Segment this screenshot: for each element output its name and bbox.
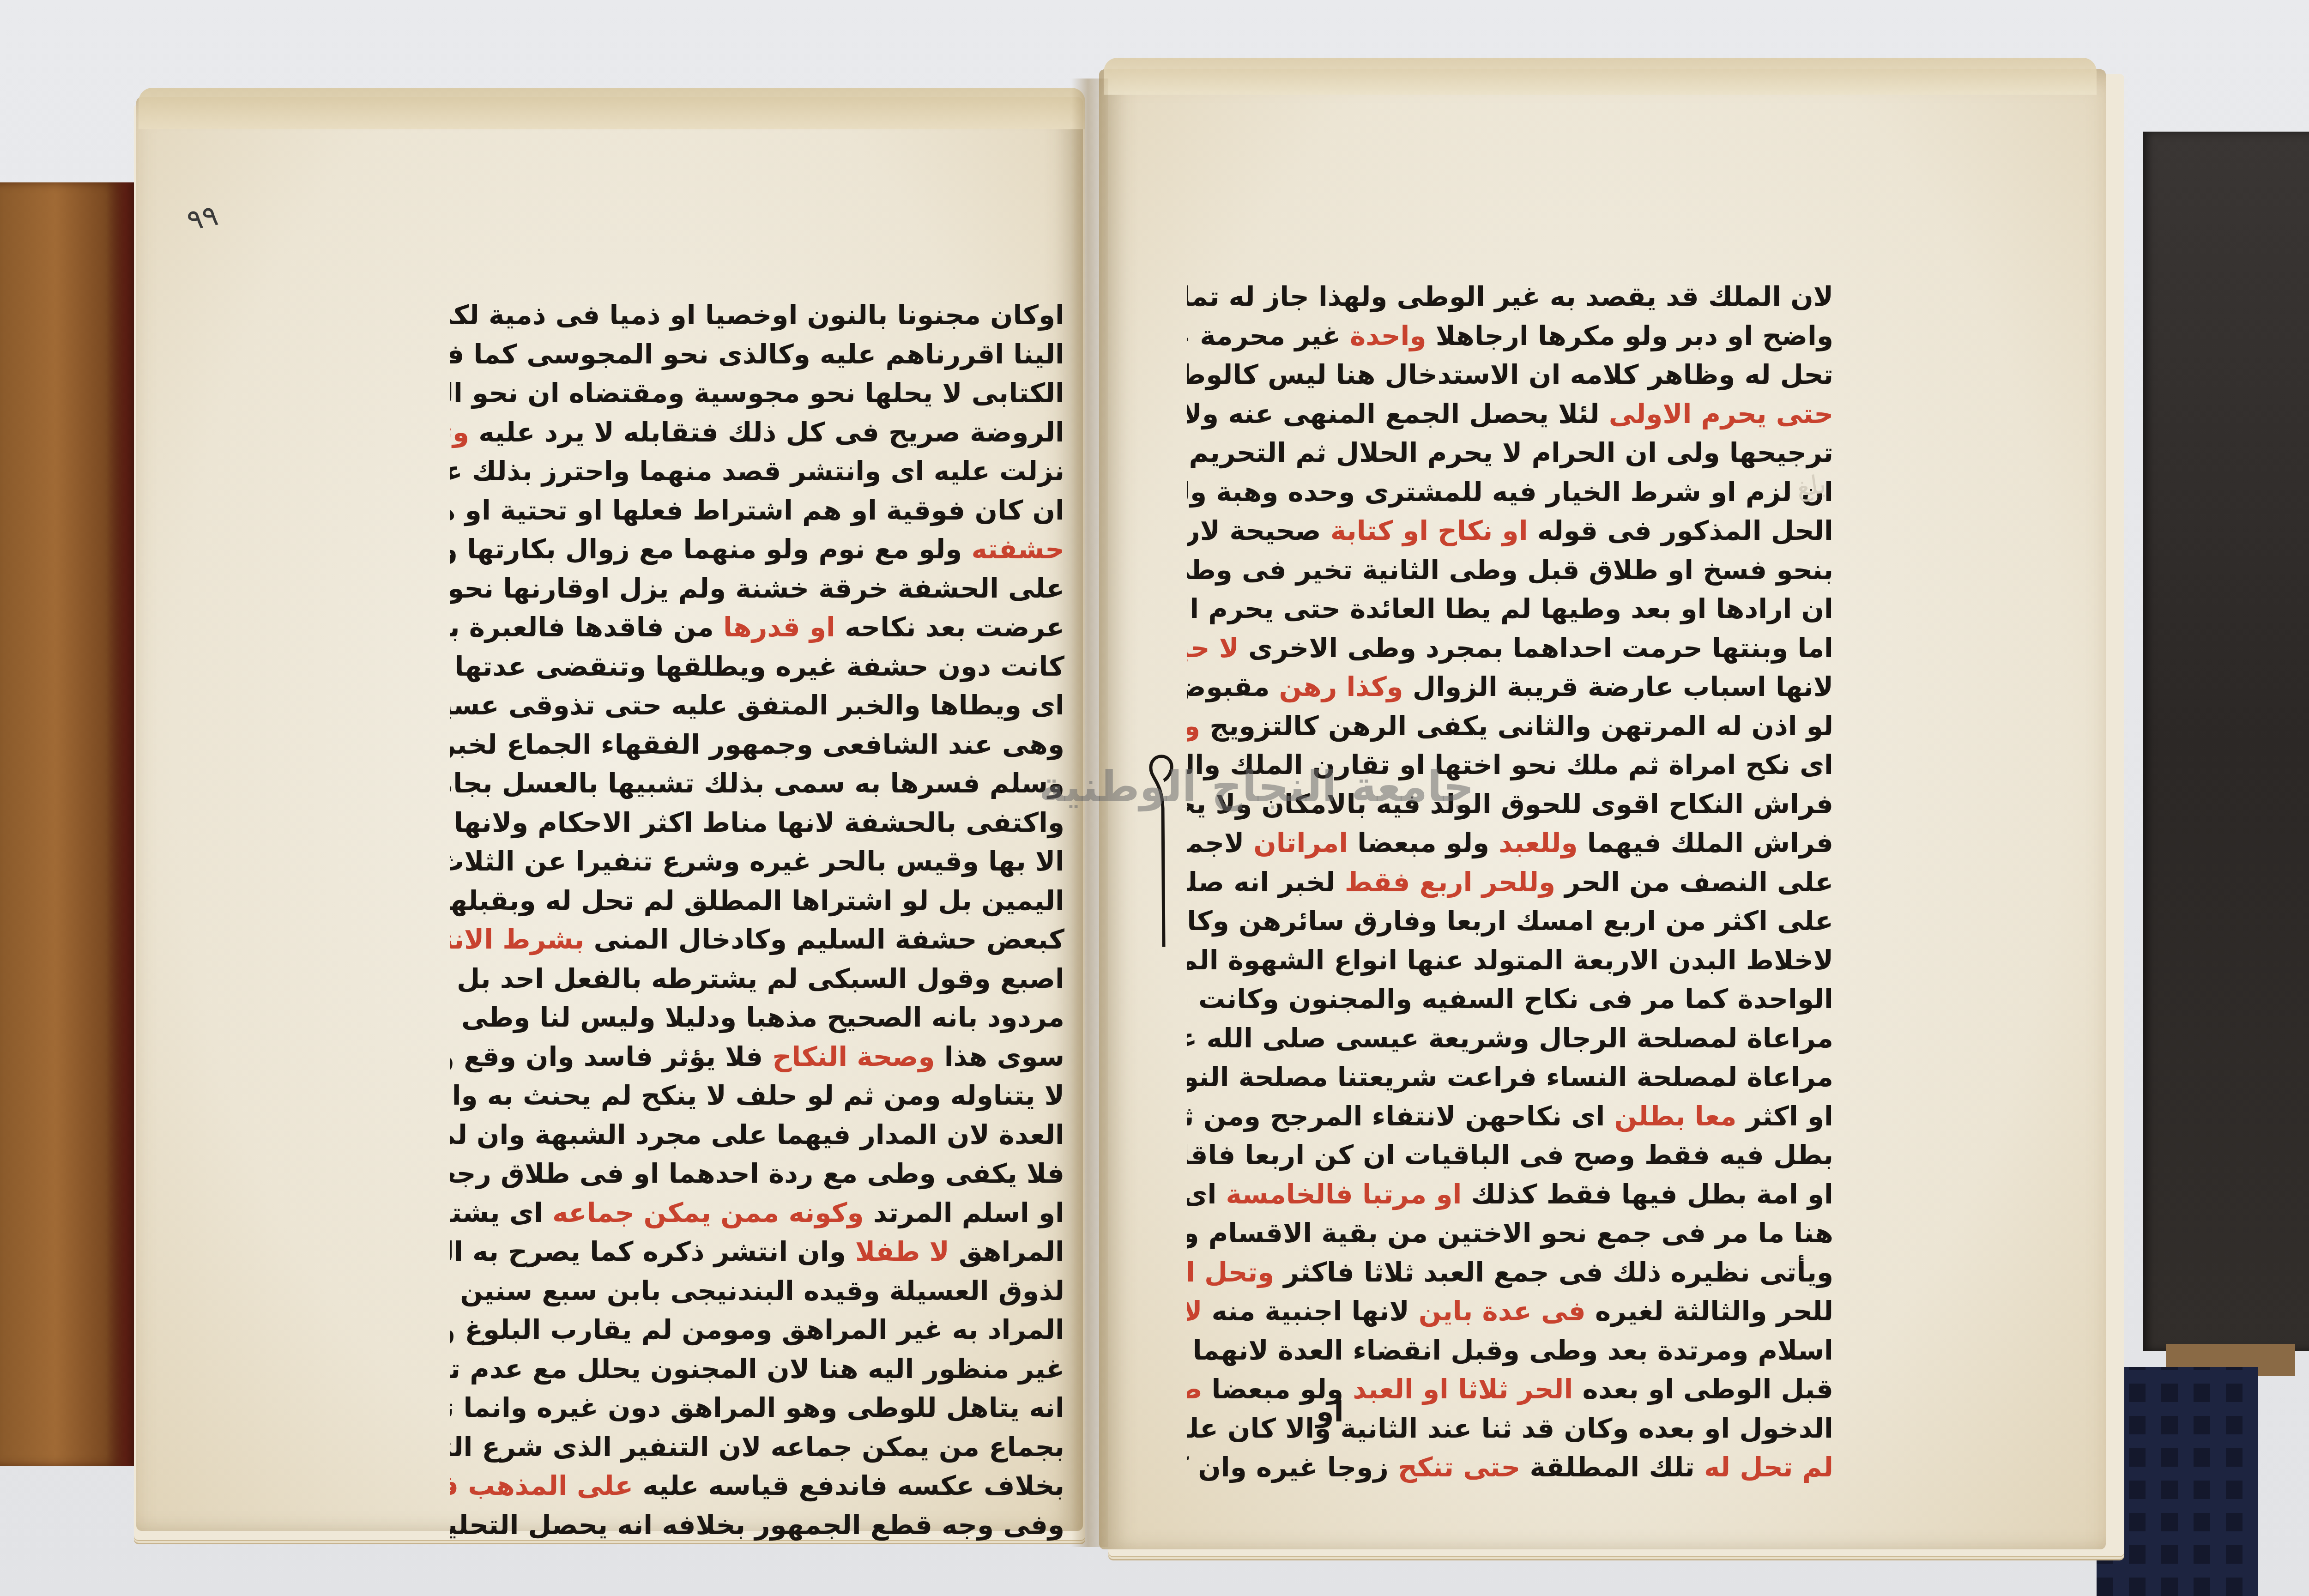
text-line: لو اذن له المرتهن والثانى يكفى الرهن كال… bbox=[1187, 707, 1833, 746]
text-line: مردود بانه الصحيح مذهبا ودليلا وليس لنا … bbox=[450, 998, 1064, 1037]
text-segment: غير محرمة عليه بنحو رضاع وان ظنها bbox=[1187, 320, 1350, 351]
text-segment: الا بها وقيس بالحر غيره وشرع تنفيرا عن ا… bbox=[450, 846, 1064, 877]
text-segment: تلك المطلقة bbox=[1520, 1451, 1704, 1483]
text-line: فراش الملك فيهما وللعبد ولو مبعضا امراتا… bbox=[1187, 823, 1833, 863]
text-segment: بجماع من يمكن جماعه لان التنفير الذى شرع… bbox=[450, 1431, 1064, 1463]
text-line: واكتفى بالحشفة لانها مناط اكثر الاحكام و… bbox=[450, 803, 1064, 842]
right-page-torn-edge bbox=[1104, 58, 2097, 95]
text-line: واضح او دبر ولو مكرها ارجاهلا واحدة غير … bbox=[1187, 316, 1833, 356]
text-line: الواحدة كما مر فى نكاح السفيه والمجنون و… bbox=[1187, 979, 1833, 1019]
text-segment: لاخلاط البدن الاربعة المتولد عنها انواع … bbox=[1187, 944, 1833, 976]
text-segment: المراد به غير المراهق ومومن لم يقارب الب… bbox=[450, 1314, 1064, 1345]
text-line: ترجيحها ولى ان الحرام لا يحرم الحلال ثم … bbox=[1187, 433, 1833, 472]
text-segment: وهى عند الشافعى وجمهور الفقهاء الجماع لخ… bbox=[450, 729, 1064, 760]
text-segment: الدخول او بعده وكان قد ثنا عند الثانية و… bbox=[1187, 1413, 1833, 1444]
text-line: عرضت بعد نكاحه او قدرها من فاقدها فالعبر… bbox=[450, 608, 1064, 647]
text-segment: فلا يؤثر فاسد وان وقع وطى فيه لان النكاح… bbox=[450, 1041, 773, 1072]
text-segment: فلا يكفى وطى مع ردة احدهما او فى طلاق رج… bbox=[450, 1158, 1064, 1189]
text-segment: لاجماع الصحابة عليه ولانه bbox=[1187, 827, 1253, 858]
text-segment: لئلا يحصل الجمع المنهى عنه ولا يؤثر وطوه… bbox=[1187, 398, 1609, 429]
text-segment: وسلم فسرها به سمى بذلك تشبيها بالعسل بجا… bbox=[450, 768, 1064, 799]
leather-cover-left bbox=[0, 182, 139, 1466]
text-line: على النصف من الحر وللحر اربع فقط لخبر ان… bbox=[1187, 863, 1833, 902]
text-segment: لانها اجنبية منه bbox=[1202, 1295, 1418, 1327]
margin-collation-note: بلغ bbox=[1795, 469, 1828, 503]
text-segment: ترجيحها ولى ان الحرام لا يحرم الحلال ثم … bbox=[1187, 437, 1833, 468]
text-line: الكتابى لا يحلها نحو مجوسية ومقتضاه ان ن… bbox=[450, 374, 1064, 413]
text-segment: وان انتشر ذكره كما يصرح به المتن وغيره ل… bbox=[450, 1236, 855, 1267]
rubric-segment: وصحة النكاح bbox=[773, 1041, 935, 1072]
text-segment: غير منظور اليه هنا لان المجنون يحلل مع ع… bbox=[450, 1353, 1064, 1384]
text-segment: من فاقدها فالعبرة بقدر حشفته التى bbox=[450, 611, 723, 643]
text-segment: او اسلم المرتد bbox=[864, 1197, 1065, 1228]
text-segment: المراهق bbox=[949, 1236, 1064, 1267]
text-segment: على الحشفة خرقة خشنة ولم يزل اوقارنها نح… bbox=[450, 573, 1064, 604]
text-segment: لا يتناوله ومن ثم لو حلف لا ينكح لم يحنث… bbox=[450, 1080, 1064, 1111]
text-line: بخلاف عكسه فاندفع قياسه عليه على المذهب … bbox=[450, 1466, 1064, 1505]
rubric-segment: وللحر اربع فقط bbox=[1345, 866, 1555, 898]
text-segment: للحر والثالثة لغيره bbox=[1586, 1295, 1833, 1327]
text-segment: الينا اقررناهم عليه وكالذى نحو المجوسى ك… bbox=[450, 339, 1064, 370]
text-segment: ولو مع نوم ولو منهما مع زوال بكارتها ولو… bbox=[450, 533, 972, 565]
text-segment: ان لزم او شرط الخيار فيه للمشترى وحده وه… bbox=[1187, 476, 1833, 508]
text-segment: مراعاة لمصلحة النساء فراعت شريعتنا مصلحة… bbox=[1187, 1061, 1833, 1093]
text-line: وهى عند الشافعى وجمهور الفقهاء الجماع لخ… bbox=[450, 725, 1064, 764]
text-line: وسلم فسرها به سمى بذلك تشبيها بالعسل بجا… bbox=[450, 764, 1064, 803]
text-segment: كبعض حشفة السليم وكادخال المنى bbox=[584, 924, 1064, 955]
text-line: اليمين بل لو اشتراها المطلق لم تحل له وب… bbox=[450, 881, 1064, 920]
rubric-segment: لم تحل له bbox=[1704, 1451, 1833, 1483]
rubric-segment: او نكاح او كتابة bbox=[1330, 515, 1528, 546]
rubric-segment: وكونه ممن يمكن جماعه bbox=[552, 1197, 864, 1228]
text-line: حتى يحرم الاولى لئلا يحصل الجمع المنهى ع… bbox=[1187, 394, 1833, 434]
rubric-segment: طلقتين bbox=[1187, 1373, 1202, 1405]
rubric-segment: او مرتبا فالخامسة bbox=[1226, 1179, 1462, 1210]
text-line: قبل الوطى او بعده الحر ثلاثا او العبد ول… bbox=[1187, 1370, 1833, 1409]
text-segment: انه يتاهل للوطى وهو المراهق دون غيره وان… bbox=[450, 1392, 1064, 1423]
text-segment: الحل المذكور فى قوله bbox=[1528, 515, 1833, 546]
text-line: بنحو فسخ او طلاق قبل وطى الثانية تخير فى… bbox=[1187, 550, 1833, 590]
text-segment: بنحو فسخ او طلاق قبل وطى الثانية تخير فى… bbox=[1187, 554, 1833, 586]
book-gutter bbox=[1071, 79, 1108, 1547]
text-line: المراد به غير المراهق ومومن لم يقارب الب… bbox=[450, 1310, 1064, 1349]
text-line: غير منظور اليه هنا لان المجنون يحلل مع ع… bbox=[450, 1349, 1064, 1389]
rubric-segment: لا طفلا bbox=[855, 1236, 949, 1267]
text-line: اسلام ومرتدة بعد وطى وقبل انقضاء العدة ل… bbox=[1187, 1331, 1833, 1370]
text-segment: مقبوض bbox=[1187, 671, 1279, 702]
rubric-segment: امراتان bbox=[1253, 827, 1348, 858]
text-segment: لخبر انه صلى الله عليه وسلم قال لمن اسلم bbox=[1187, 866, 1345, 898]
catchword: او bbox=[1316, 1395, 1344, 1428]
text-segment: وفى وجه قطع الجمهور بخلافه انه يحصل التح… bbox=[450, 1509, 1064, 1541]
text-line: للحر والثالثة لغيره فى عدة باين لانها اج… bbox=[1187, 1292, 1833, 1331]
text-segment: لان الملك قد يقصد به غير الوطى ولهذا جاز… bbox=[1187, 281, 1833, 312]
rubric-segment: فى عدة باين bbox=[1419, 1295, 1586, 1327]
rubric-segment: بشرط الانتشار bbox=[450, 924, 584, 955]
text-line: لا يتناوله ومن ثم لو حلف لا ينكح لم يحنث… bbox=[450, 1076, 1064, 1115]
rubric-segment: ولو ملكها ثم نكح اختها الحرة او عكس bbox=[1187, 710, 1200, 742]
text-line: ويأتى نظيره ذلك فى جمع العبد ثلاثا فاكثر… bbox=[1187, 1253, 1833, 1292]
text-segment: مراعاة لمصلحة الرجال وشريعة عيسى صلى الل… bbox=[1187, 1022, 1833, 1054]
rubric-segment: او قدرها bbox=[723, 611, 835, 643]
rubric-segment: حشفته bbox=[972, 533, 1064, 565]
text-segment: اسلام ومرتدة بعد وطى وقبل انقضاء العدة ل… bbox=[1187, 1335, 1833, 1366]
text-segment: صحيحة لارتفاع الحل فان عاد حل الاولى bbox=[1187, 515, 1330, 546]
text-line: على الحشفة خرقة خشنة ولم يزل اوقارنها نح… bbox=[450, 569, 1064, 608]
rubric-segment: على المذهب فيهن bbox=[450, 1470, 633, 1501]
text-segment: واضح او دبر ولو مكرها ارجاهلا bbox=[1427, 320, 1834, 351]
text-segment: بخلاف عكسه فاندفع قياسه عليه bbox=[633, 1470, 1064, 1501]
left-page-text: اوكان مجنونا بالنون اوخصيا او ذميا فى ذم… bbox=[450, 296, 1064, 1544]
rubric-segment: حتى تنكح bbox=[1398, 1451, 1520, 1483]
text-line: او اسلم المرتد وكونه ممن يمكن جماعه اى ي… bbox=[450, 1193, 1064, 1233]
text-line: لانها اسباب عارضة قريبة الزوال وكذا رهن … bbox=[1187, 667, 1833, 707]
text-segment: ويأتى نظيره ذلك فى جمع العبد ثلاثا فاكثر bbox=[1274, 1257, 1833, 1288]
text-segment: فراش الملك فيهما bbox=[1578, 827, 1833, 858]
text-segment: اى التى يبطل فيها ويأتى bbox=[1187, 1179, 1226, 1210]
text-line: فلا يكفى وطى مع ردة احدهما او فى طلاق رج… bbox=[450, 1154, 1064, 1193]
text-segment: قبل الوطى او بعده bbox=[1573, 1373, 1833, 1405]
text-segment: او امة بطل فيها فقط كذلك bbox=[1462, 1179, 1833, 1210]
text-segment: على اكثر من اربع امسك اربعا وفارق سائرهن… bbox=[1187, 905, 1833, 937]
text-segment: هنا ما مر فى جمع نحو الاختين من بقية الا… bbox=[1187, 1217, 1833, 1249]
text-segment: الروضة صريح فى كل ذلك فتقابله لا يرد علي… bbox=[469, 417, 1064, 448]
text-line: سوى هذا وصحة النكاح فلا يؤثر فاسد وان وق… bbox=[450, 1037, 1064, 1076]
rubric-segment: وكذا رهن bbox=[1279, 671, 1403, 702]
text-line: لان الملك قد يقصد به غير الوطى ولهذا جاز… bbox=[1187, 277, 1833, 316]
text-segment: اما وبنتها حرمت احداهما بمجرد وطى الاخرى bbox=[1239, 632, 1833, 664]
text-segment: العدة لان المدار فيهما على مجرد الشبهة و… bbox=[450, 1119, 1064, 1150]
text-line: العدة لان المدار فيهما على مجرد الشبهة و… bbox=[450, 1115, 1064, 1155]
text-line: الحل المذكور فى قوله او نكاح او كتابة صح… bbox=[1187, 511, 1833, 550]
text-segment: اى يشتهى اليه منه عادة لما ياتى فى غير bbox=[450, 1197, 552, 1228]
left-page-torn-edge bbox=[139, 88, 1085, 129]
rubric-segment: معا بطلن bbox=[1614, 1100, 1737, 1132]
text-line: انه يتاهل للوطى وهو المراهق دون غيره وان… bbox=[450, 1388, 1064, 1427]
text-segment: سوى هذا bbox=[935, 1041, 1064, 1072]
text-line: اى ويطاها والخبر المتفق عليه حتى تذوقى ع… bbox=[450, 686, 1064, 725]
text-line: الا بها وقيس بالحر غيره وشرع تنفيرا عن ا… bbox=[450, 842, 1064, 881]
rubric-segment: وللعبد bbox=[1499, 827, 1578, 858]
text-line: اوكان مجنونا بالنون اوخصيا او ذميا فى ذم… bbox=[450, 296, 1064, 335]
rubric-segment: لا حيض واحرام bbox=[1187, 632, 1239, 664]
text-segment: ان كان فوقية او هم اشتراط فعلها او تحتية… bbox=[450, 495, 1064, 526]
text-segment: بطل فيه فقط وصح فى الباقيات ان كن اربعا … bbox=[1187, 1139, 1833, 1171]
text-segment: مردود بانه الصحيح مذهبا ودليلا وليس لنا … bbox=[450, 1002, 1064, 1033]
text-line: بجماع من يمكن جماعه لان التنفير الذى شرع… bbox=[450, 1427, 1064, 1467]
text-segment: على النصف من الحر bbox=[1555, 866, 1833, 898]
rubric-segment: لا رجعية bbox=[1187, 1295, 1202, 1327]
text-line: لذوق العسيلة وقيده البندنيجى بابن سبع سن… bbox=[450, 1271, 1064, 1311]
text-segment: تحل له وظاهر كلامه ان الاستدخال هنا ليس … bbox=[1187, 359, 1833, 390]
text-line: وفى وجه قطع الجمهور بخلافه انه يحصل التح… bbox=[450, 1505, 1064, 1545]
text-segment: زوجا غيره وان كان صبيا حرا عاقلا او عبدا… bbox=[1187, 1451, 1398, 1483]
rubric-segment: وتحل الاخت bbox=[1187, 1257, 1274, 1288]
text-segment: الكتابى لا يحلها نحو مجوسية ومقتضاه ان ن… bbox=[450, 377, 1064, 409]
watermark: جامعة النجاح الوطنية bbox=[1039, 762, 1474, 811]
text-segment: اصبع وقول السبكى لم يشترطه بالفعل احد بل… bbox=[450, 963, 1064, 994]
text-line: او امة بطل فيها فقط كذلك او مرتبا فالخام… bbox=[1187, 1175, 1833, 1214]
text-segment: اليمين بل لو اشتراها المطلق لم تحل له وب… bbox=[450, 885, 1064, 916]
text-segment: واكتفى بالحشفة لانها مناط اكثر الاحكام و… bbox=[450, 807, 1064, 838]
text-segment: الواحدة كما مر فى نكاح السفيه والمجنون و… bbox=[1187, 983, 1833, 1015]
rubric-segment: الحر ثلاثا او العبد bbox=[1353, 1373, 1573, 1405]
text-segment: كانت دون حشفة غيره ويطلقها وتنقضى عدتها … bbox=[450, 651, 1064, 682]
text-line: اما وبنتها حرمت احداهما بمجرد وطى الاخرى… bbox=[1187, 629, 1833, 668]
dark-board-right bbox=[2143, 132, 2309, 1351]
text-line: نزلت عليه اى وانتشر قصد منهما واحترز بذل… bbox=[450, 452, 1064, 491]
text-segment: لانها اسباب عارضة قريبة الزوال bbox=[1403, 671, 1833, 702]
text-segment: لذوق العسيلة وقيده البندنيجى بابن سبع سن… bbox=[450, 1275, 1064, 1306]
text-segment: نزلت عليه اى وانتشر قصد منهما واحترز بذل… bbox=[450, 455, 1064, 487]
text-segment: اوكان مجنونا بالنون اوخصيا او ذميا فى ذم… bbox=[450, 299, 1064, 331]
text-line: كبعض حشفة السليم وكادخال المنى بشرط الان… bbox=[450, 920, 1064, 959]
text-line: الينا اقررناهم عليه وكالذى نحو المجوسى ك… bbox=[450, 335, 1064, 374]
text-line: او اكثر معا بطلن اى نكاحهن لانتفاء المرج… bbox=[1187, 1097, 1833, 1136]
text-line: ان لزم او شرط الخيار فيه للمشترى وحده وه… bbox=[1187, 472, 1833, 512]
rubric-segment: وتغيب bbox=[450, 417, 469, 448]
text-line: الدخول او بعده وكان قد ثنا عند الثانية و… bbox=[1187, 1409, 1833, 1448]
right-page-text: لان الملك قد يقصد به غير الوطى ولهذا جاز… bbox=[1187, 277, 1833, 1487]
text-line: اصبع وقول السبكى لم يشترطه بالفعل احد بل… bbox=[450, 959, 1064, 998]
text-line: تحل له وظاهر كلامه ان الاستدخال هنا ليس … bbox=[1187, 355, 1833, 394]
text-line: هنا ما مر فى جمع نحو الاختين من بقية الا… bbox=[1187, 1214, 1833, 1253]
text-segment: عرضت بعد نكاحه bbox=[835, 611, 1064, 643]
text-line: كانت دون حشفة غيره ويطلقها وتنقضى عدتها … bbox=[450, 647, 1064, 686]
text-segment: ان ارادها او بعد وطيها لم يطا العائدة حت… bbox=[1187, 593, 1833, 624]
text-line: لاخلاط البدن الاربعة المتولد عنها انواع … bbox=[1187, 941, 1833, 980]
text-line: مراعاة لمصلحة النساء فراعت شريعتنا مصلحة… bbox=[1187, 1058, 1833, 1097]
text-segment: ولو مبعضا bbox=[1348, 827, 1499, 858]
text-segment: اى نكاحهن لانتفاء المرجح ومن ثم لو كان ف… bbox=[1187, 1100, 1614, 1132]
text-segment: لو اذن له المرتهن والثانى يكفى الرهن كال… bbox=[1200, 710, 1833, 742]
text-line: بطل فيه فقط وصح فى الباقيات ان كن اربعا … bbox=[1187, 1136, 1833, 1175]
text-line: المراهق لا طفلا وان انتشر ذكره كما يصرح … bbox=[450, 1232, 1064, 1271]
text-line: ان ارادها او بعد وطيها لم يطا العائدة حت… bbox=[1187, 589, 1833, 629]
text-line: ان كان فوقية او هم اشتراط فعلها او تحتية… bbox=[450, 491, 1064, 530]
rubric-segment: واحدة bbox=[1350, 320, 1426, 351]
rubric-segment: حتى يحرم الاولى bbox=[1609, 398, 1833, 429]
text-line: لم تحل له تلك المطلقة حتى تنكح زوجا غيره… bbox=[1187, 1448, 1833, 1487]
text-line: الروضة صريح فى كل ذلك فتقابله لا يرد علي… bbox=[450, 413, 1064, 452]
text-segment: اى ويطاها والخبر المتفق عليه حتى تذوقى ع… bbox=[450, 689, 1064, 721]
text-line: مراعاة لمصلحة الرجال وشريعة عيسى صلى الل… bbox=[1187, 1019, 1833, 1058]
text-line: حشفته ولو مع نوم ولو منهما مع زوال بكارت… bbox=[450, 530, 1064, 569]
text-segment: او اكثر bbox=[1736, 1100, 1833, 1132]
text-line: على اكثر من اربع امسك اربعا وفارق سائرهن… bbox=[1187, 901, 1833, 941]
